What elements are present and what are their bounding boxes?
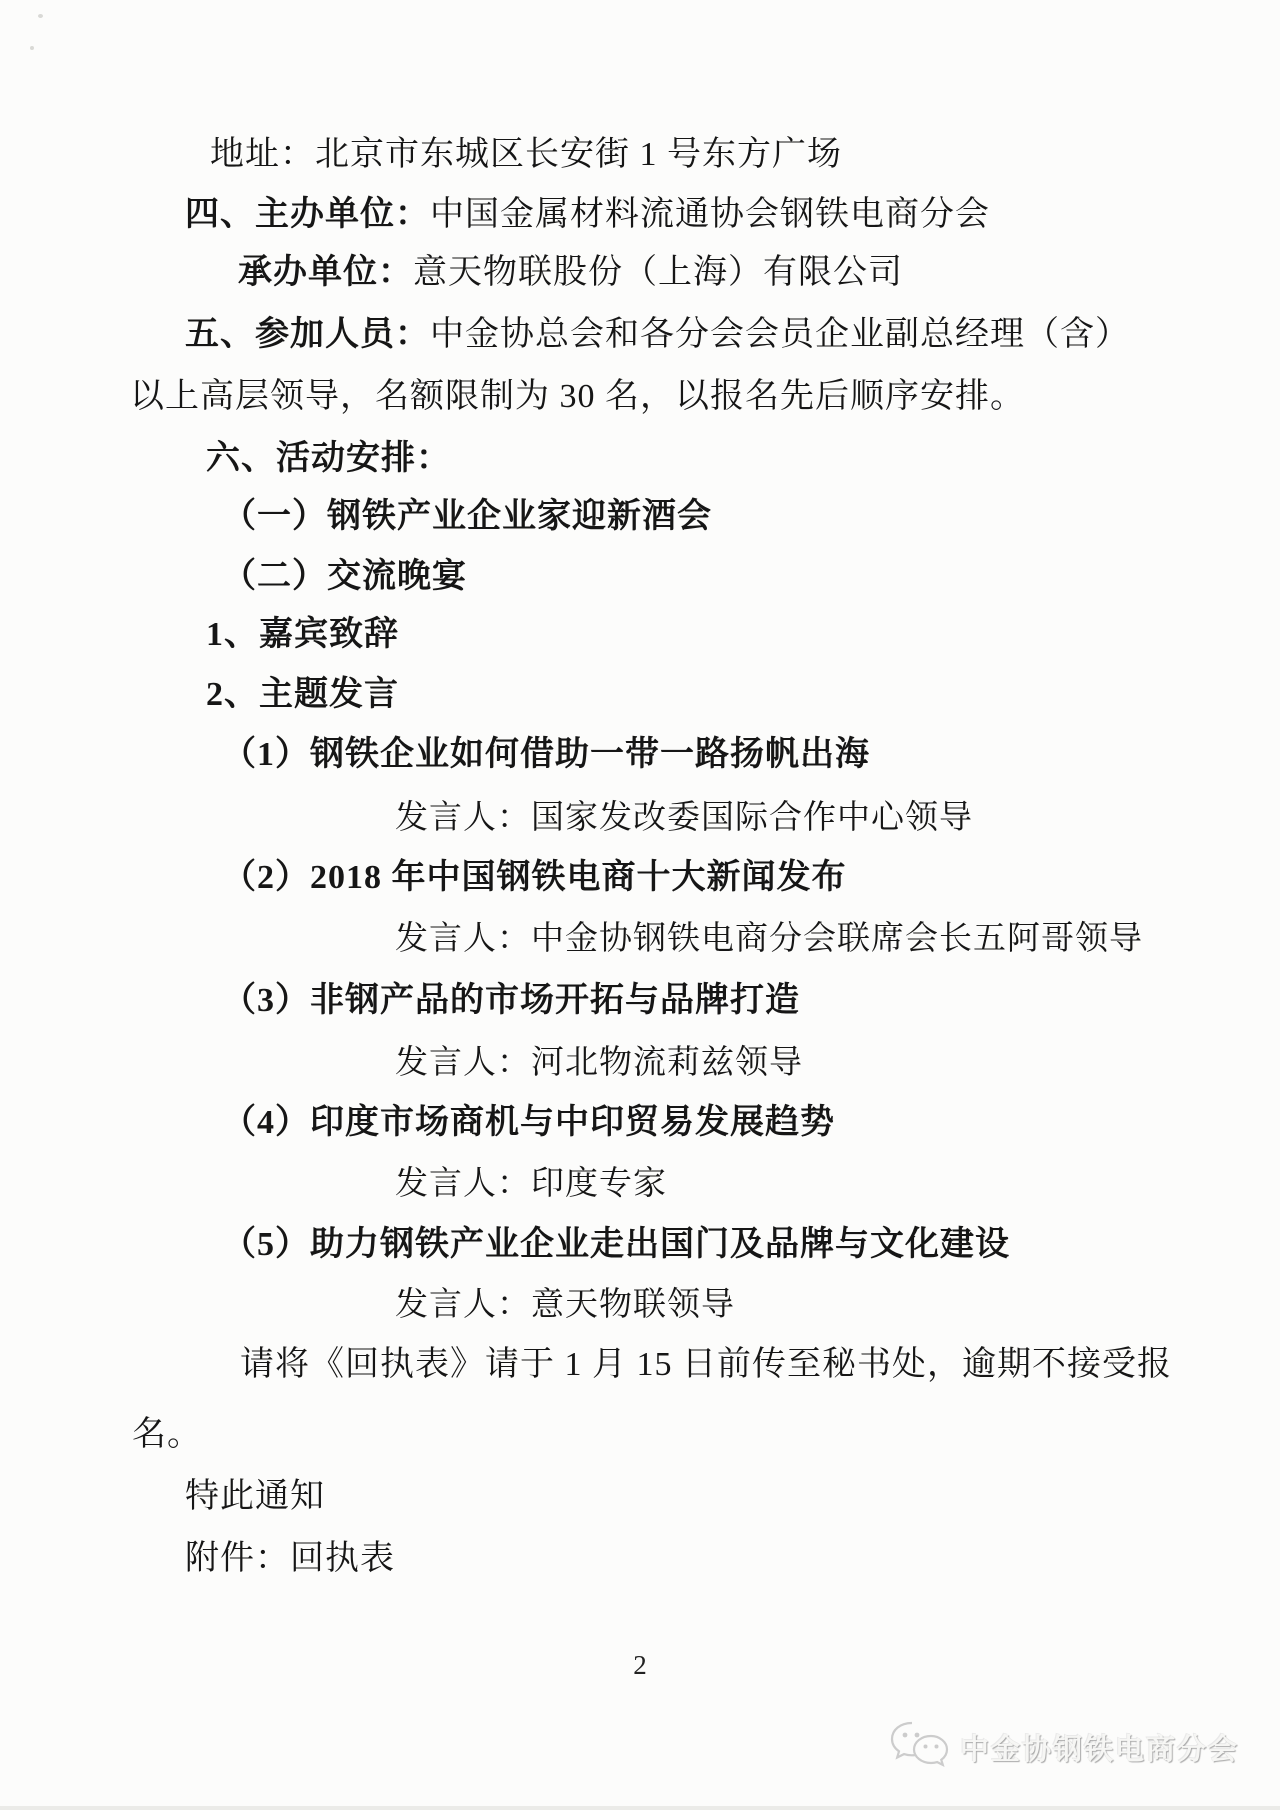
topic-3-title: （3）非钢产品的市场开拓与品牌打造 — [222, 980, 800, 1022]
scan-bottom-edge — [0, 1806, 1280, 1810]
watermark-text: 中金协钢铁电商分会 — [960, 1727, 1239, 1768]
scan-speck — [30, 46, 34, 50]
topic-4-title: （4）印度市场商机与中印贸易发展趋势 — [222, 1102, 835, 1144]
organizer-unit-label: 承办单位： — [238, 254, 413, 291]
dinner-item-2: 2、主题发言 — [206, 674, 399, 716]
participants-line: 五、参加人员：中金协总会和各分会会员企业副总经理（含） — [185, 314, 1130, 356]
address-line: 地址：北京市东城区长安街 1 号东方广场 — [210, 134, 842, 176]
participants-value: 中金协总会和各分会会员企业副总经理（含） — [430, 316, 1130, 353]
wechat-icon — [888, 1718, 950, 1777]
topic-3-speaker: 发言人：河北物流莉兹领导 — [395, 1042, 803, 1084]
participants-label: 五、参加人员： — [185, 316, 430, 353]
topic-5-speaker: 发言人：意天物联领导 — [395, 1284, 735, 1326]
agenda-item-1: （一）钢铁产业企业家迎新酒会 — [222, 496, 712, 538]
agenda-item-2: （二）交流晚宴 — [222, 556, 467, 598]
host-unit-line: 四、主办单位：中国金属材料流通协会钢铁电商分会 — [185, 194, 990, 236]
topic-2-speaker: 发言人：中金协钢铁电商分会联席会长五阿哥领导 — [395, 918, 1143, 960]
scanned-notice-page: 地址：北京市东城区长安街 1 号东方广场 四、主办单位：中国金属材料流通协会钢铁… — [0, 0, 1280, 1810]
topic-2-title: （2）2018 年中国钢铁电商十大新闻发布 — [222, 857, 847, 899]
closing-line: 特此通知 — [185, 1476, 325, 1518]
host-unit-label: 四、主办单位： — [185, 196, 430, 233]
agenda-heading: 六、活动安排： — [206, 438, 451, 480]
reply-note-line-2: 名。 — [132, 1414, 202, 1456]
scan-speck — [38, 14, 43, 18]
footer-watermark: 中金协钢铁电商分会 — [888, 1718, 1239, 1777]
topic-4-speaker: 发言人：印度专家 — [395, 1163, 667, 1205]
topic-1-speaker: 发言人：国家发改委国际合作中心领导 — [395, 797, 973, 839]
host-unit-value: 中国金属材料流通协会钢铁电商分会 — [430, 196, 990, 233]
organizer-unit-value: 意天物联股份（上海）有限公司 — [413, 254, 903, 291]
topic-1-title: （1）钢铁企业如何借助一带一路扬帆出海 — [222, 734, 870, 776]
organizer-unit-line: 承办单位：意天物联股份（上海）有限公司 — [238, 252, 903, 294]
reply-note-line-1: 请将《回执表》请于 1 月 15 日前传至秘书处，逾期不接受报 — [240, 1344, 1172, 1386]
topic-5-title: （5）助力钢铁产业企业走出国门及品牌与文化建设 — [222, 1224, 1010, 1266]
dinner-item-1: 1、嘉宾致辞 — [206, 614, 399, 656]
attachment-line: 附件：回执表 — [185, 1538, 395, 1580]
participants-wrap-line: 以上高层领导，名额限制为 30 名，以报名先后顺序安排。 — [130, 376, 1025, 418]
page-number: 2 — [0, 1650, 1280, 1681]
